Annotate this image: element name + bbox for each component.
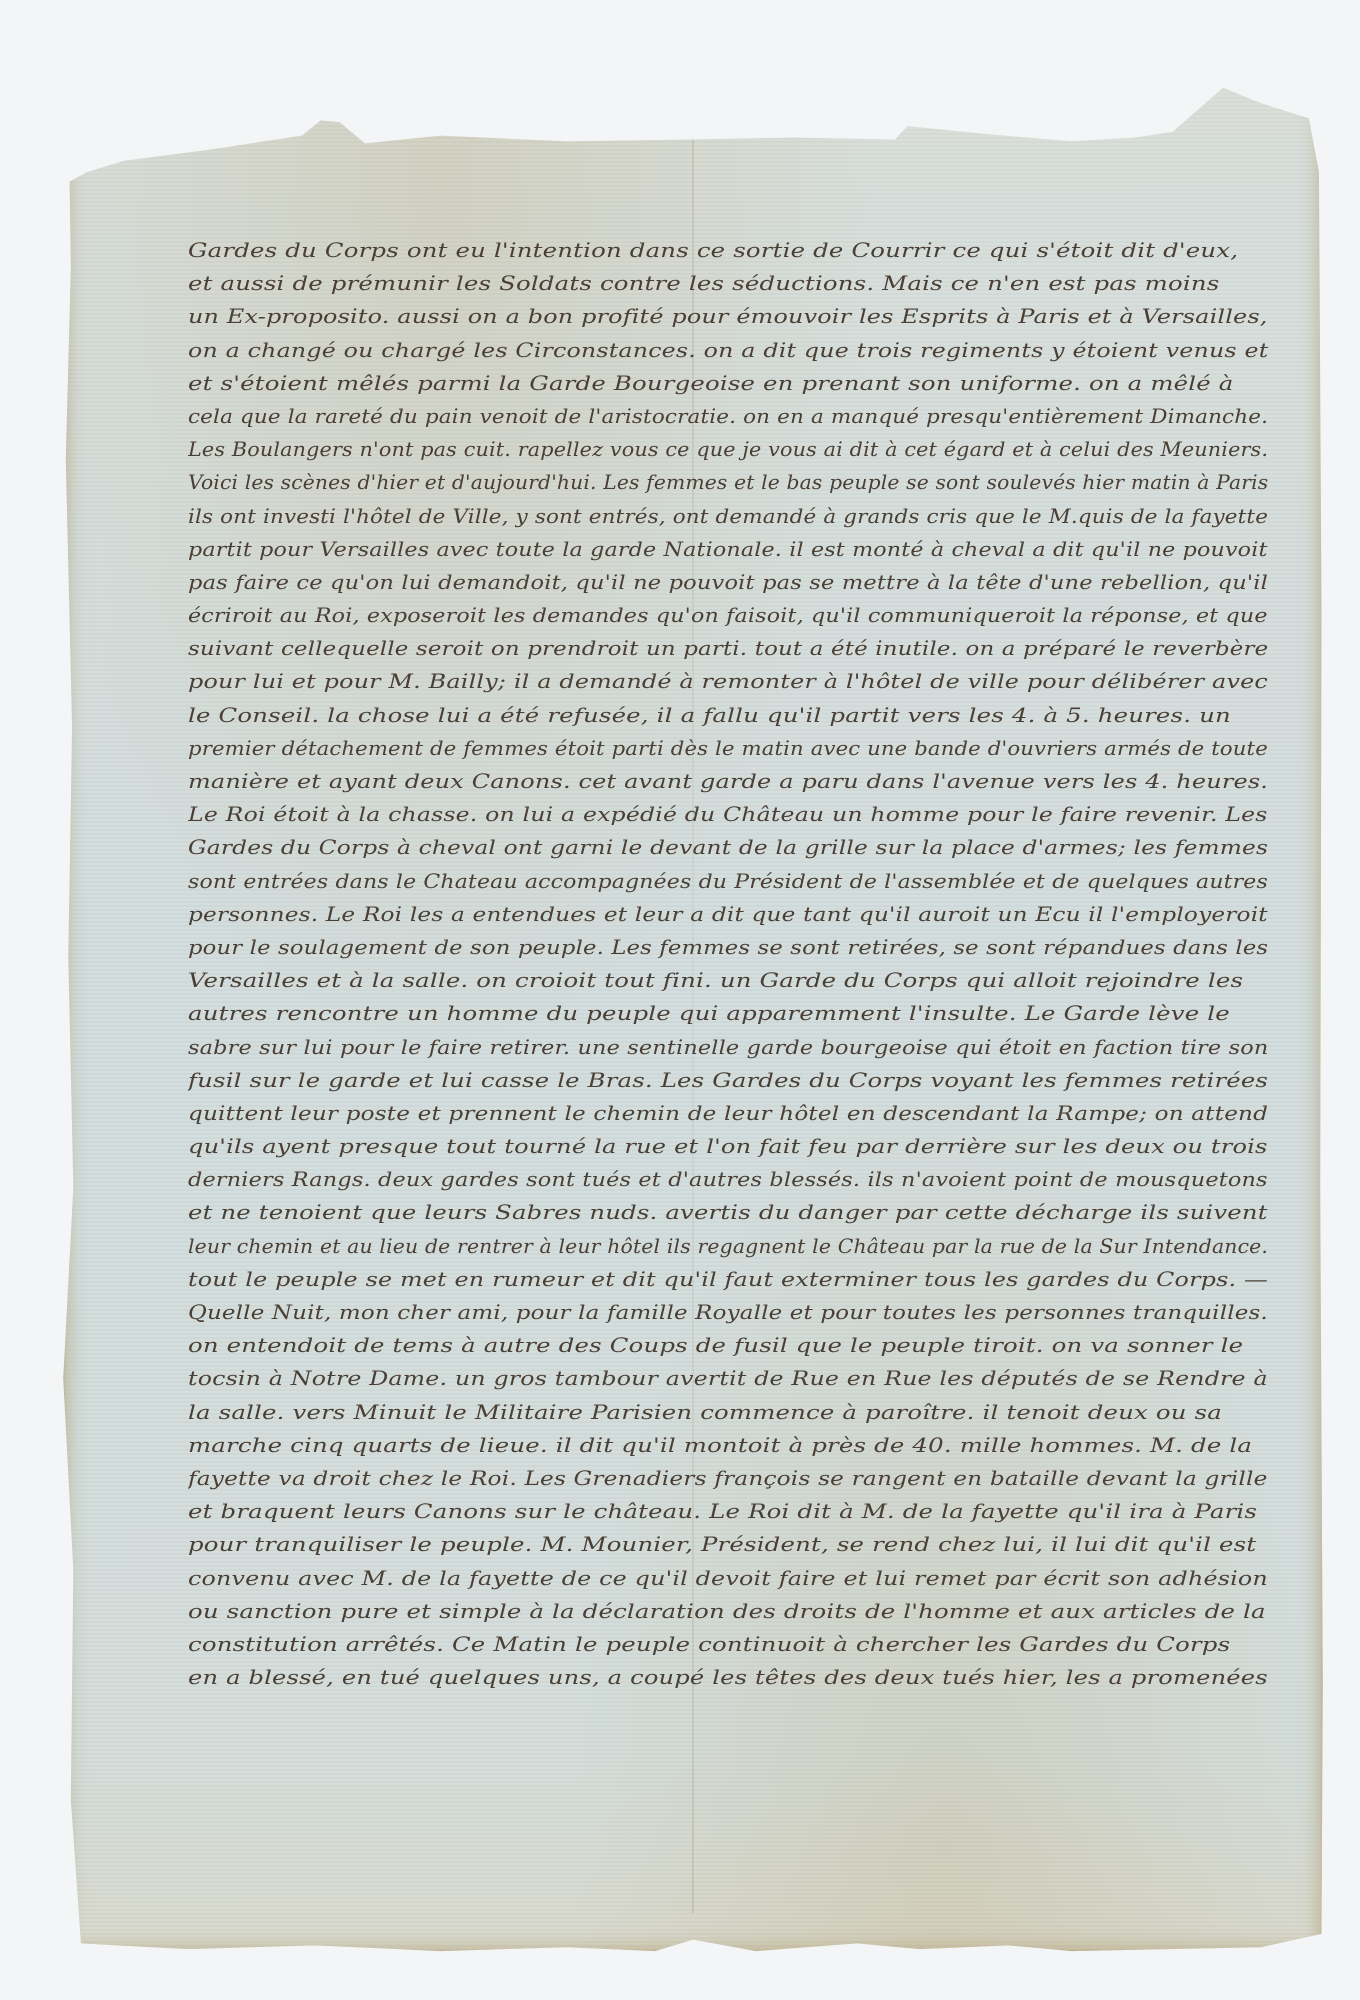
text-line: Voici les scènes d'hier et d'aujourd'hui… [188, 466, 1298, 499]
text-line: le Conseil. la chose lui a été refusée, … [188, 699, 1298, 732]
text-line: tocsin à Notre Dame. un gros tambour ave… [188, 1362, 1298, 1395]
text-line: personnes. Le Roi les a entendues et leu… [188, 898, 1298, 931]
text-line: leur chemin et au lieu de rentrer à leur… [188, 1230, 1298, 1263]
corner-fold-crease [1189, 32, 1324, 143]
text-line: Gardes du Corps à cheval ont garni le de… [188, 831, 1298, 864]
text-line: on a changé ou chargé les Circonstances.… [188, 334, 1298, 367]
text-line: fayette va droit chez le Roi. Les Grenad… [188, 1462, 1298, 1495]
text-line: Gardes du Corps ont eu l'intention dans … [188, 234, 1298, 267]
text-line: la salle. vers Minuit le Militaire Paris… [188, 1396, 1298, 1429]
text-line: autres rencontre un homme du peuple qui … [188, 997, 1298, 1030]
text-line: en a blessé, en tué quelques uns, a coup… [188, 1661, 1298, 1694]
text-line: marche cinq quarts de lieue. il dit qu'i… [188, 1429, 1298, 1462]
text-line: sont entrées dans le Chateau accompagnée… [188, 865, 1298, 898]
handwritten-text-block: Gardes du Corps ont eu l'intention dans … [188, 234, 1298, 1727]
text-line: partit pour Versailles avec toute la gar… [188, 533, 1298, 566]
text-line: écriroit au Roi, exposeroit les demandes… [188, 599, 1298, 632]
text-line: et braquent leurs Canons sur le château.… [188, 1495, 1298, 1528]
text-line: et ne tenoient que leurs Sabres nuds. av… [188, 1196, 1298, 1229]
text-line [188, 1694, 1298, 1727]
text-line: Quelle Nuit, mon cher ami, pour la famil… [188, 1296, 1298, 1329]
text-line: pas faire ce qu'on lui demandoit, qu'il … [188, 566, 1298, 599]
text-line: convenu avec M. de la fayette de ce qu'i… [188, 1562, 1298, 1595]
text-line: constitution arrêtés. Ce Matin le peuple… [188, 1628, 1298, 1661]
text-line: ou sanction pure et simple à la déclarat… [188, 1595, 1298, 1628]
text-line: tout le peuple se met en rumeur et dit q… [188, 1263, 1298, 1296]
text-line: fusil sur le garde et lui casse le Bras.… [188, 1064, 1298, 1097]
text-line: manière et ayant deux Canons. cet avant … [188, 765, 1298, 798]
text-line: premier détachement de femmes étoit part… [188, 732, 1298, 765]
text-line: qu'ils ayent presque tout tourné la rue … [188, 1130, 1298, 1163]
text-line: pour tranquiliser le peuple. M. Mounier,… [188, 1528, 1298, 1561]
text-line: derniers Rangs. deux gardes sont tués et… [188, 1163, 1298, 1196]
text-line: sabre sur lui pour le faire retirer. une… [188, 1031, 1298, 1064]
text-line: on entendoit de tems à autre des Coups d… [188, 1329, 1298, 1362]
text-line: cela que la rareté du pain venoit de l'a… [188, 400, 1298, 433]
text-line: Les Boulangers n'ont pas cuit. rapellez … [188, 433, 1298, 466]
text-line: un Ex-proposito. aussi on a bon profité … [188, 300, 1298, 333]
text-line: Versailles et à la salle. on croioit tou… [188, 964, 1298, 997]
text-line: et aussi de prémunir les Soldats contre … [188, 267, 1298, 300]
text-line: suivant cellequelle seroit on prendroit … [188, 632, 1298, 665]
text-line: pour le soulagement de son peuple. Les f… [188, 931, 1298, 964]
text-line: et s'étoient mêlés parmi la Garde Bourge… [188, 367, 1298, 400]
text-line: pour lui et pour M. Bailly; il a demandé… [188, 665, 1298, 698]
text-line: quittent leur poste et prennent le chemi… [188, 1097, 1298, 1130]
text-line: ils ont investi l'hôtel de Ville, y sont… [188, 500, 1298, 533]
text-line: Le Roi étoit à la chasse. on lui a expéd… [188, 798, 1298, 831]
